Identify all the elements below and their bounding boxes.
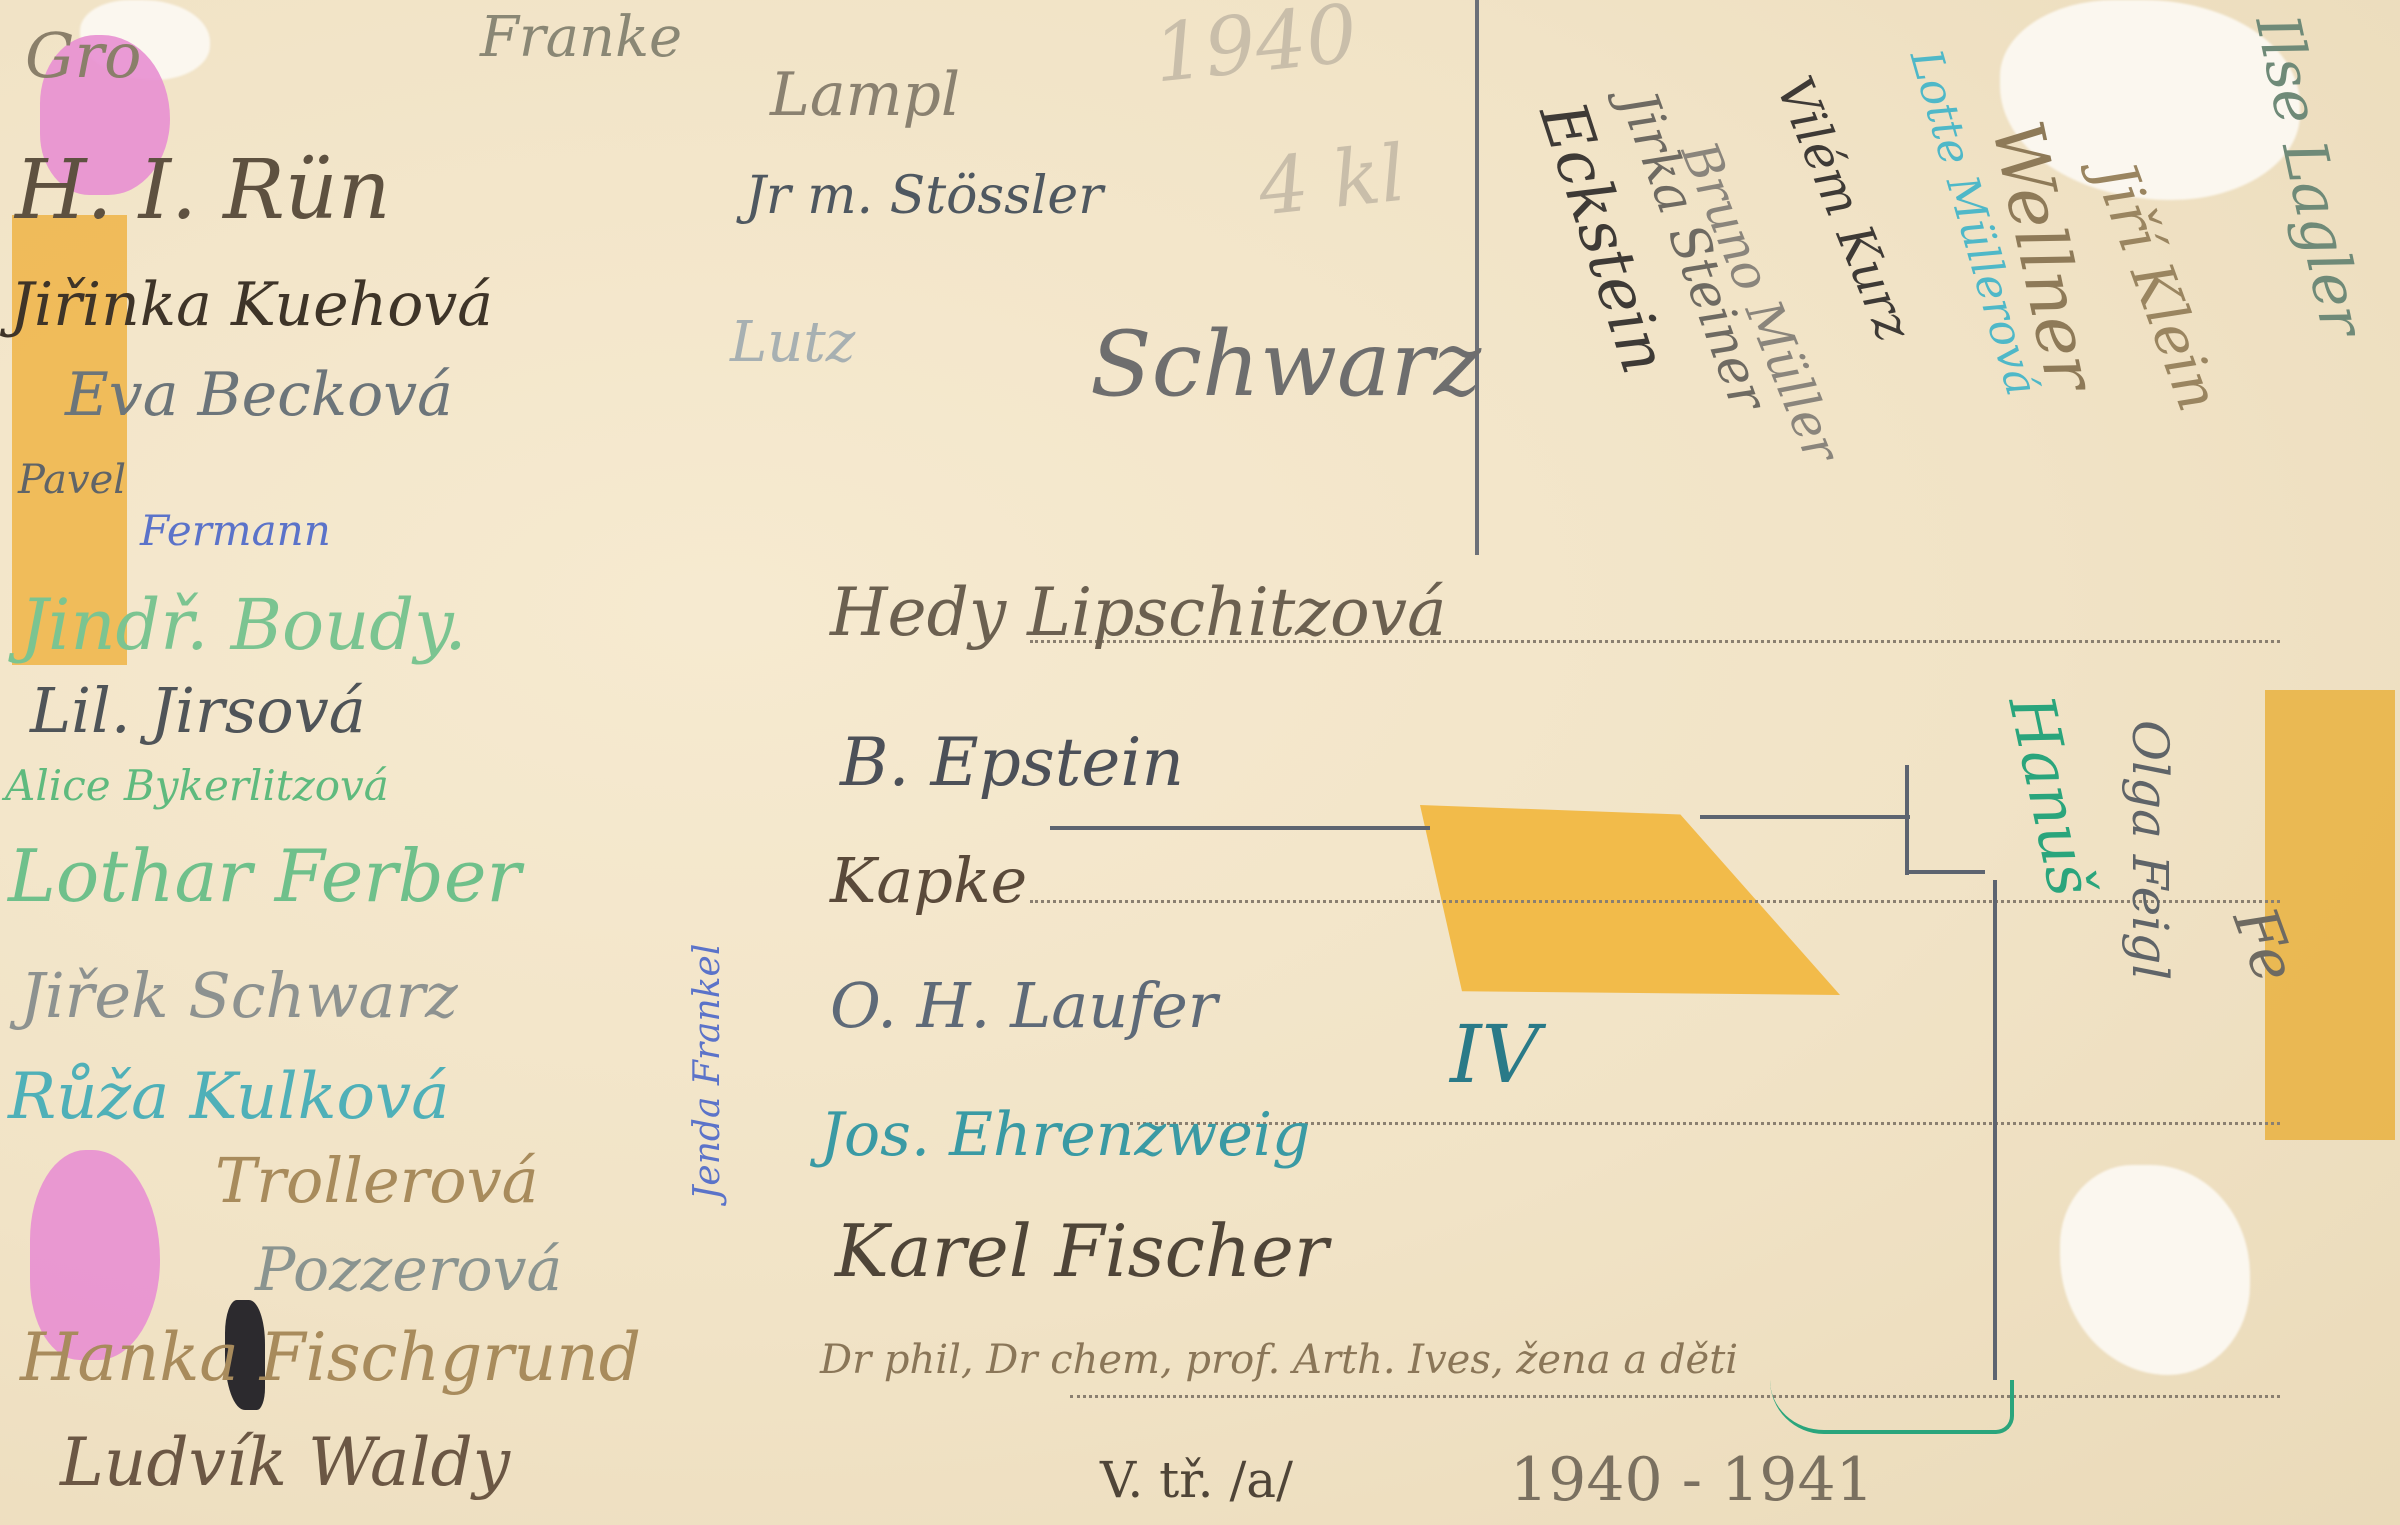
signature-pavel: Pavel [18, 460, 126, 500]
ink-line-h3 [1905, 870, 1985, 874]
torn-patch-bottom-right [2060, 1165, 2250, 1375]
signature-bykerlitzova: Alice Bykerlitzová [5, 765, 389, 807]
signature-stossler: Jr m. Stössler [745, 170, 1103, 222]
signature-hanus: Hanuš [1999, 690, 2102, 901]
signature-kapke: Kapke [830, 850, 1027, 912]
ink-line-h1 [1050, 826, 1430, 830]
class-label: V. tř. /a/ [1100, 1455, 1293, 1505]
postcard-back: 1940 4 kl Gro H. I. Rün Jiřinka Kuehová … [0, 0, 2400, 1525]
signature-schwarz-left: Jiřek Schwarz [20, 965, 458, 1027]
ink-line-v2 [1993, 880, 1997, 1380]
school-year: 1940 - 1941 [1510, 1450, 1874, 1510]
signature-jirsova: Lil. Jirsová [30, 680, 366, 742]
address-line-2 [1030, 900, 2280, 903]
divider-vertical-top [1475, 0, 1479, 555]
pencil-class: 4 kl [1255, 135, 1409, 228]
signature-ferber: Lothar Ferber [8, 840, 521, 912]
signature-pozzerova: Pozzerová [255, 1240, 562, 1300]
signature-run: H. I. Rün [15, 150, 391, 232]
signature-ives-family: Dr phil, Dr chem, prof. Arth. Ives, žena… [820, 1340, 1738, 1380]
ink-line-h2 [1700, 815, 1910, 819]
signature-kulkova: Růža Kulková [8, 1065, 449, 1129]
signature-trollerova: Trollerová [215, 1150, 539, 1212]
signature-lutz: Lutz [730, 315, 855, 371]
signature-ludvik: Ludvík Waldy [60, 1430, 510, 1496]
signature-ehrenzweig: Jos. Ehrenzweig [820, 1105, 1310, 1165]
signature-lampl: Lampl [770, 65, 960, 125]
signature-jenda-frankel: Jenda Frankel [690, 944, 726, 1200]
address-line-4 [1070, 1395, 2280, 1398]
signature-fischgrund: Hanka Fischgrund [20, 1325, 641, 1391]
green-ink-bracket [1770, 1380, 2014, 1434]
signature-epstein: B. Epstein [840, 730, 1184, 796]
signature-fermann: Fermann [140, 510, 331, 552]
class-roman-numeral: IV [1450, 1015, 1539, 1095]
signature-ilse-lagler: Ilse Lagler [2246, 10, 2372, 341]
signature-beckova: Eva Becková [65, 365, 453, 425]
signature-schwarz-center: Schwarz [1090, 320, 1481, 410]
signature-franke: Franke [480, 10, 682, 66]
signature-lipschitzova: Hedy Lipschitzová [830, 580, 1446, 646]
signature-olga-feigl: Olga Feigl [2125, 720, 2175, 980]
pencil-year: 1940 [1150, 0, 1361, 95]
signature-laufer: O. H. Laufer [830, 975, 1217, 1037]
ink-line-v1 [1905, 765, 1909, 875]
signature-fischer: Karel Fischer [835, 1215, 1328, 1287]
signature-boudy: Jindř. Boudy. [20, 590, 467, 660]
signature-gro: Gro [25, 25, 142, 87]
signature-kuehova: Jiřinka Kuehová [10, 275, 493, 335]
